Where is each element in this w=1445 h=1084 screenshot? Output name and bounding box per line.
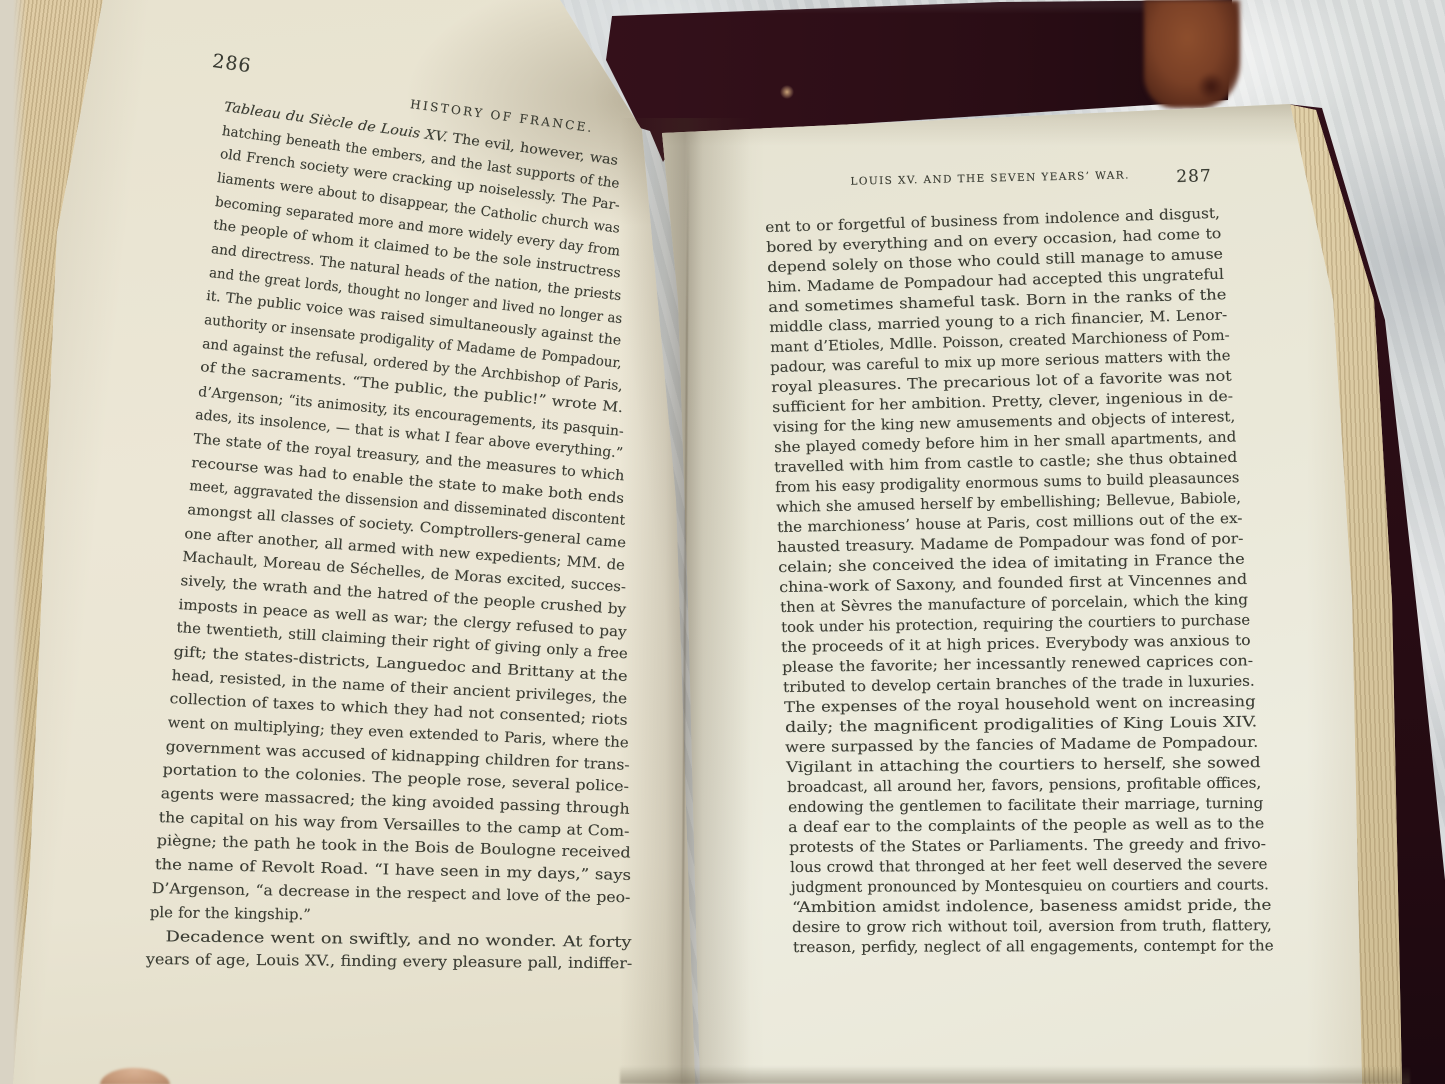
text-line: “Ambition amidst indolence, baseness ami… xyxy=(792,898,1271,917)
text-line: daily; the magnificent prodigalities of … xyxy=(785,714,1257,736)
text-line: treason, perfidy, neglect of all engagem… xyxy=(793,938,1274,957)
text-line: judgment pronounced by Montesquieu on co… xyxy=(791,877,1269,897)
text-line: Vigilant in attaching the courtiers to h… xyxy=(786,755,1261,777)
text-line: broadcast, all around her, favors, pensi… xyxy=(787,775,1261,796)
book-bottom-shadow xyxy=(620,1066,1410,1084)
text-line: a deaf ear to the complaints of the peop… xyxy=(788,816,1264,837)
book-photo: 286 HISTORY OF FRANCE. LOUIS XV. AND THE… xyxy=(0,0,1445,1084)
text-line: desire to grow rich without toil, aversi… xyxy=(792,918,1272,937)
text-line: were surpassed by the fancies of Madame … xyxy=(785,735,1258,757)
text-line: protests of the States or Parliaments. T… xyxy=(789,837,1266,857)
text-line: lous crowd that thronged at her feet wel… xyxy=(790,857,1267,877)
text-line: endowing the gentlemen to facilitate the… xyxy=(788,796,1263,817)
